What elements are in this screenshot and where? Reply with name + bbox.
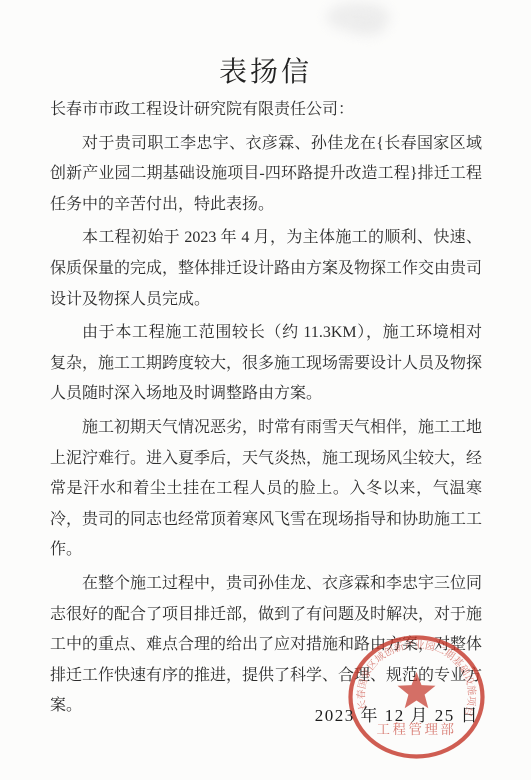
letter-body: 长春市市政工程设计研究院有限责任公司： 对于贵司职工李忠宇、衣彦霖、孙佳龙在{长… xyxy=(50,95,482,725)
salutation: 长春市市政工程设计研究院有限责任公司： xyxy=(50,95,482,126)
scan-smudge xyxy=(352,18,386,36)
company-seal: 长春国家区域创新产业园二期基础设施项目 工程管理部 xyxy=(346,635,488,763)
paragraph: 对于贵司职工李忠宇、衣彦霖、孙佳龙在{长春国家区域创新产业园二期基础设施项目-四… xyxy=(50,129,482,221)
paragraph: 施工初期天气情况恶劣，时常有雨雪天气相伴，施工工地上泥泞难行。进入夏季后，天气炎… xyxy=(50,413,482,566)
letter-date: 2023 年 12 月 25 日 xyxy=(315,701,479,726)
page-title: 表扬信 xyxy=(0,50,531,90)
letter-page: 表扬信 长春市市政工程设计研究院有限责任公司： 对于贵司职工李忠宇、衣彦霖、孙佳… xyxy=(0,0,531,780)
paragraph: 本工程初始于 2023 年 4 月，为主体施工的顺利、快速、保质保量的完成，整体… xyxy=(50,223,482,315)
paragraph: 由于本工程施工范围较长（约 11.3KM），施工环境相对复杂，施工工期跨度较大，… xyxy=(50,318,482,410)
